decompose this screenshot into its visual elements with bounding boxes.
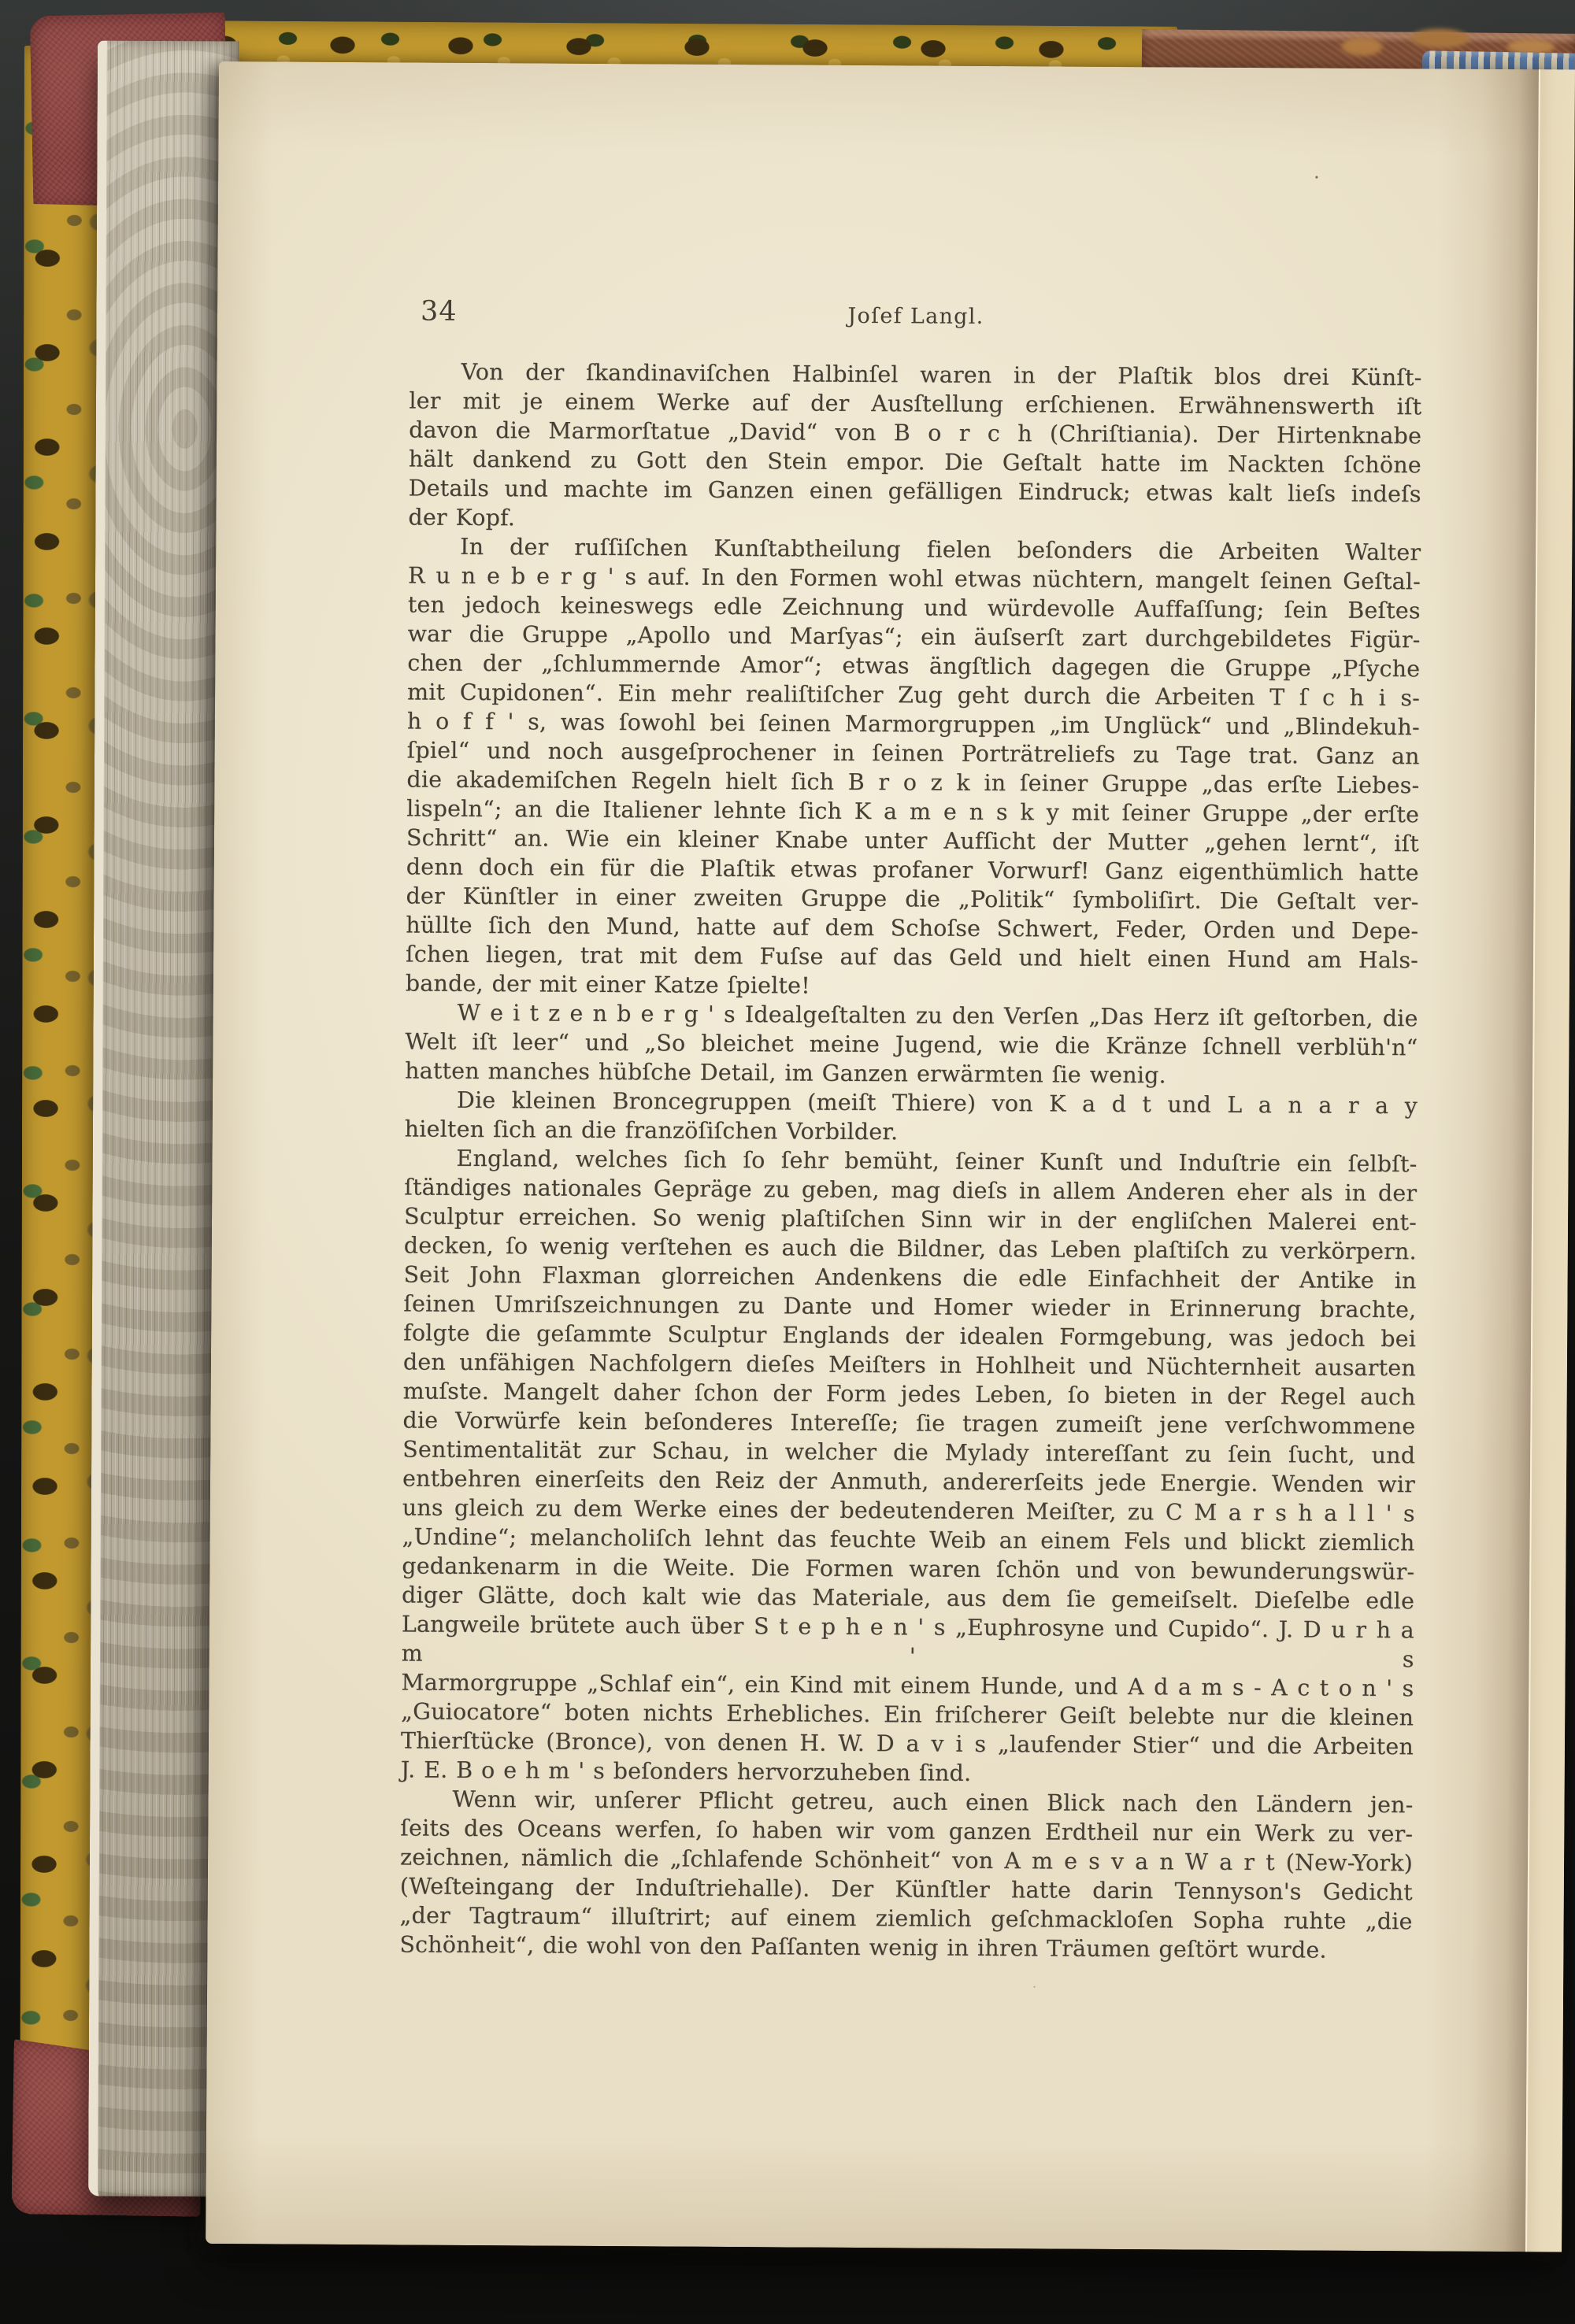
page-text: 34 Joſef Langl. Von der ſkandinaviſchen … xyxy=(399,295,1422,1965)
body-text: Von der ſkandinaviſchen Halbinſel waren … xyxy=(399,357,1421,1965)
paragraph: Wenn wir, unſerer Pflicht getreu, auch e… xyxy=(399,1784,1413,1965)
page-header: 34 Joſef Langl. xyxy=(409,295,1422,338)
facing-page-sliver xyxy=(1525,69,1575,2252)
book-page: 34 Joſef Langl. Von der ſkandinaviſchen … xyxy=(206,61,1575,2252)
paragraph: W e i t z e n b e r g ' s Idealgeſtalten… xyxy=(405,997,1418,1091)
paragraph: Von der ſkandinaviſchen Halbinſel waren … xyxy=(408,357,1421,538)
running-header: Joſef Langl. xyxy=(409,301,1422,331)
text-line: Schönheit“, die wohl von den Paſſanten w… xyxy=(399,1930,1412,1965)
gutter-shadow xyxy=(1425,68,1540,2252)
paragraph: In der ruſſiſchen Kunſtabtheilung fielen… xyxy=(406,531,1421,1004)
text-line: Langweile brütete auch über S t e p h e … xyxy=(402,1609,1414,1674)
paragraph: England, welches ſich ſo ſehr bemüht, ſe… xyxy=(401,1143,1417,1790)
text-line: Details und machte im Ganzen einen gefäl… xyxy=(409,473,1421,509)
paragraph: Die kleinen Broncegruppen (meiſt Thiere)… xyxy=(405,1085,1417,1149)
book-scan: 34 Joſef Langl. Von der ſkandinaviſchen … xyxy=(0,0,1575,2324)
